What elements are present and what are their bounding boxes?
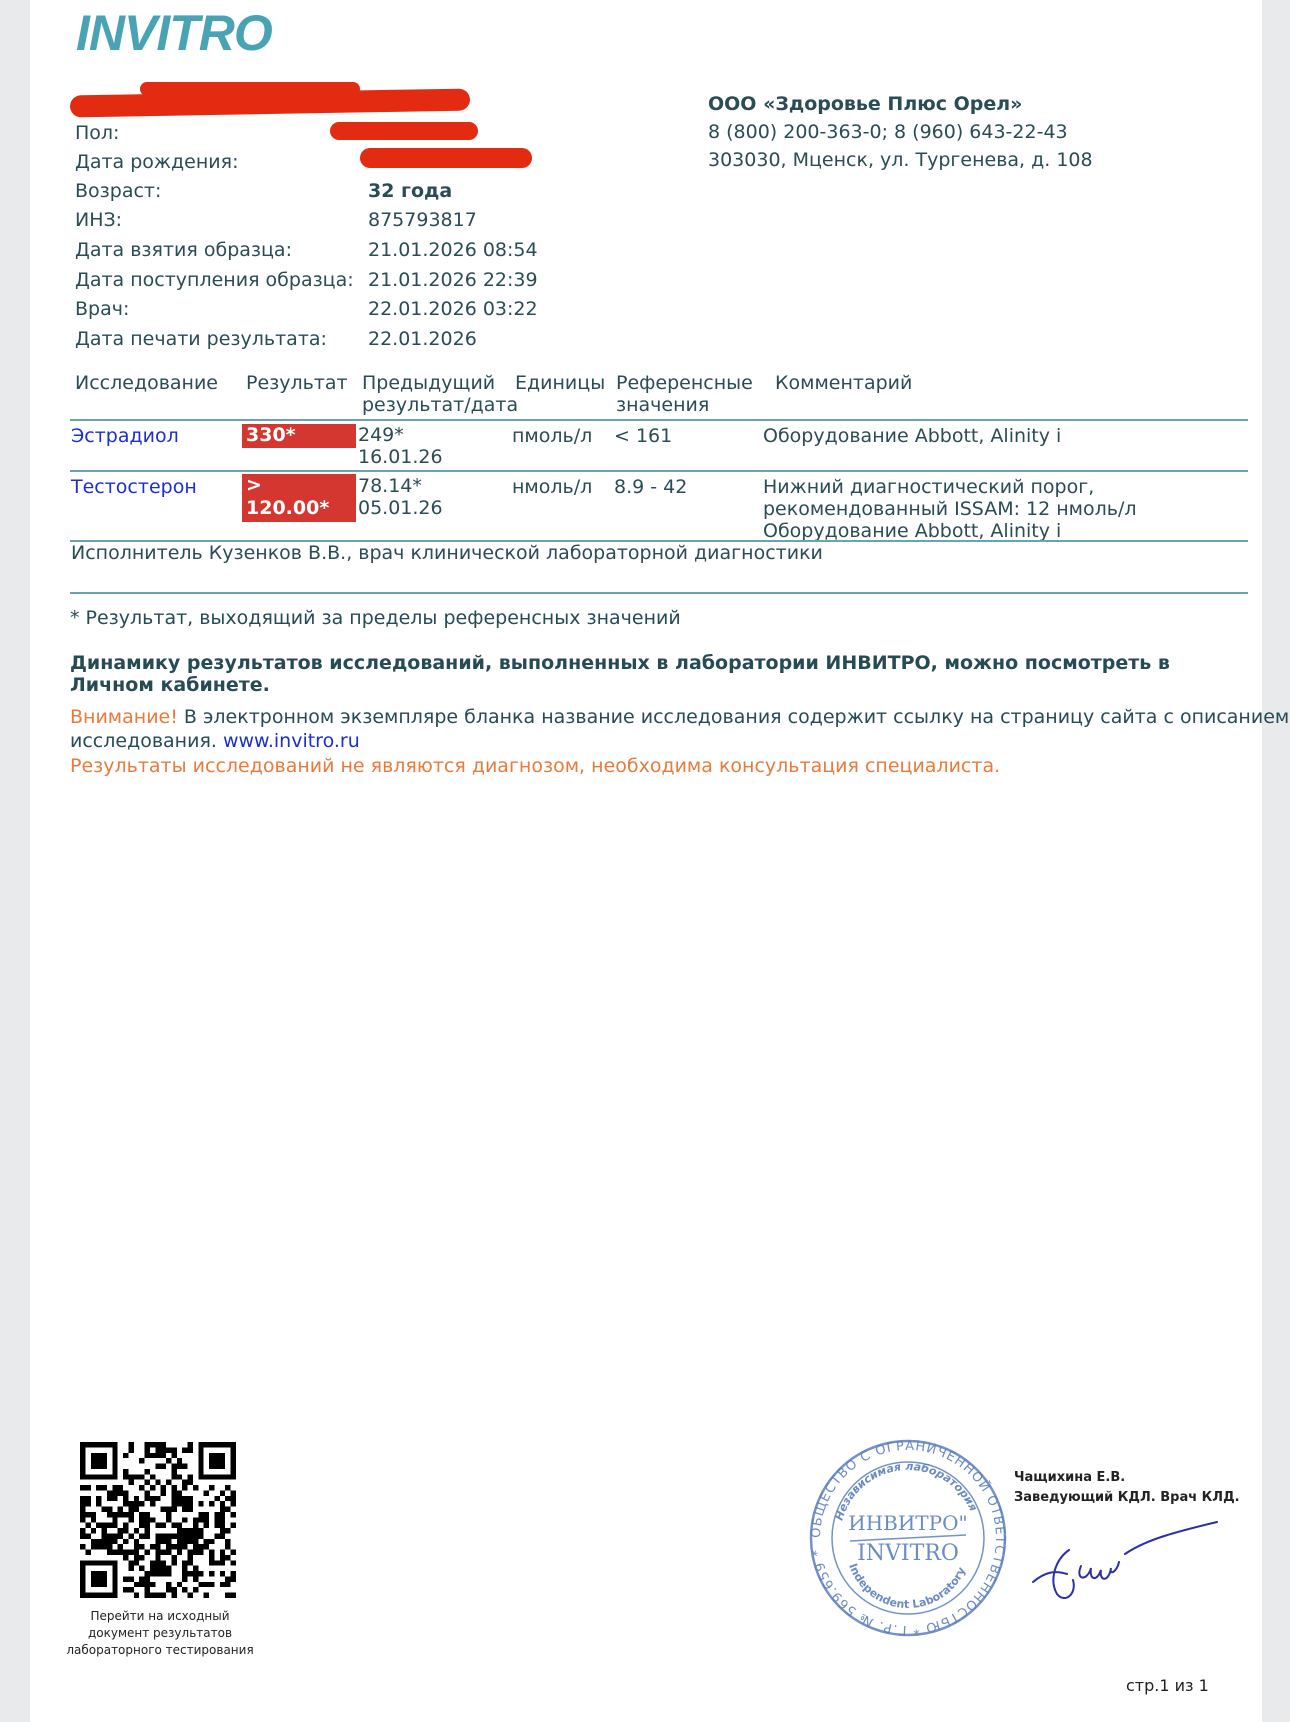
redaction-name-2 (140, 82, 360, 96)
redaction-dob (360, 148, 532, 168)
stamp-center-ru: ИНВИТРО" (848, 1511, 967, 1535)
age-label: Возраст: (75, 180, 161, 202)
attention-note-line2: исследования. www.invitro.ru (70, 730, 360, 752)
comment-line: рекомендованный ISSAM: 12 нмоль/л (763, 498, 1137, 520)
previous-date: 16.01.26 (358, 446, 443, 468)
invitro-logo: INVITRO (76, 4, 272, 62)
section-divider (70, 592, 1248, 594)
lab-report-page: INVITRO Пол: Дата рождения: Возраст: 32 … (30, 0, 1262, 1722)
comment: Оборудование Abbott, Alinity i (763, 425, 1061, 447)
disclaimer: Результаты исследований не являются диаг… (70, 755, 1000, 777)
previous-result: 249* 16.01.26 (358, 424, 443, 468)
col-previous-header-line1: Предыдущий (362, 372, 518, 394)
col-previous-header-line2: результат/дата (362, 394, 518, 416)
signer-title: Заведующий КДЛ. Врач КЛД. (1014, 1490, 1240, 1505)
inz-value: 875793817 (368, 209, 477, 231)
attention-text-2: исследования. (70, 730, 223, 752)
units: нмоль/л (512, 476, 592, 498)
result-value-line2: 120.00* (246, 497, 356, 520)
previous-date: 05.01.26 (358, 497, 443, 519)
col-result-header: Результат (246, 372, 348, 394)
col-previous-header: Предыдущий результат/дата (362, 372, 518, 416)
sample-taken-label: Дата взятия образца: (75, 239, 292, 261)
dynamics-note-line2: Личном кабинете. (70, 674, 270, 696)
performer: Исполнитель Кузенков В.В., врач клиничес… (71, 542, 823, 564)
comment: Нижний диагностический порог, рекомендов… (763, 476, 1137, 542)
col-comment-header: Комментарий (775, 372, 912, 394)
website-link[interactable]: www.invitro.ru (223, 730, 360, 752)
stamp-center-en: INVITRO (857, 1541, 959, 1566)
print-date-label: Дата печати результата: (75, 328, 327, 350)
inz-label: ИНЗ: (75, 209, 122, 231)
sample-received-label: Дата поступления образца: (75, 269, 354, 291)
attention-label: Внимание! (70, 706, 178, 728)
result-value: 330* (246, 424, 356, 447)
attention-text: В электронном экземпляре бланка название… (178, 706, 1289, 728)
reference-range: < 161 (614, 425, 672, 447)
doctor-value: 22.01.2026 03:22 (368, 298, 538, 320)
org-name: ООО «Здоровье Плюс Орел» (708, 93, 1022, 115)
test-name-link[interactable]: Эстрадиол (71, 425, 179, 447)
result-flag: 330* (242, 424, 356, 448)
sample-taken-value: 21.01.2026 08:54 (368, 239, 538, 261)
doctor-label: Врач: (75, 298, 129, 320)
qr-caption-line: лабораторного тестирования (60, 1642, 260, 1659)
sample-received-value: 21.01.2026 22:39 (368, 269, 538, 291)
org-phones: 8 (800) 200-363-0; 8 (960) 643-22-43 (708, 121, 1068, 143)
signer-name: Чащихина Е.В. (1014, 1470, 1125, 1485)
test-name-link[interactable]: Тестостерон (71, 476, 197, 498)
qr-caption-line: документ результатов (60, 1625, 260, 1642)
result-flag: > 120.00* (242, 474, 356, 522)
comment-line: Оборудование Abbott, Alinity i (763, 425, 1061, 447)
asterisk-note: * Результат, выходящий за пределы рефере… (70, 607, 681, 629)
table-divider (70, 419, 1248, 421)
signature-icon (1025, 1510, 1225, 1610)
col-reference-header-line2: значения (616, 394, 753, 416)
dynamics-note-line1: Динамику результатов исследований, выпол… (70, 652, 1170, 674)
previous-value: 249* (358, 424, 443, 446)
dob-label: Дата рождения: (75, 151, 238, 173)
units: пмоль/л (512, 425, 592, 447)
table-divider (70, 470, 1248, 472)
lab-stamp: ОБЩЕСТВО С ОГРАНИЧЕННОЙ ОТВЕТСТВЕННОСТЬЮ… (808, 1438, 1008, 1638)
qr-caption: Перейти на исходный документ результатов… (60, 1608, 260, 1659)
stamp-inner-bottom: Independent Laboratory (846, 1562, 968, 1611)
comment-line: Оборудование Abbott, Alinity i (763, 520, 1137, 542)
qr-code[interactable] (80, 1442, 236, 1598)
age-value: 32 года (368, 180, 452, 202)
col-test-header: Исследование (75, 372, 218, 394)
print-date-value: 22.01.2026 (368, 328, 477, 350)
result-value-line1: > (246, 474, 356, 497)
attention-note: Внимание! В электронном экземпляре бланк… (70, 706, 1289, 728)
col-units-header: Единицы (515, 372, 605, 394)
col-reference-header-line1: Референсные (616, 372, 753, 394)
comment-line: Нижний диагностический порог, (763, 476, 1137, 498)
org-address: 303030, Мценск, ул. Тургенева, д. 108 (708, 149, 1093, 171)
reference-range: 8.9 - 42 (614, 476, 687, 498)
previous-result: 78.14* 05.01.26 (358, 475, 443, 519)
sex-label: Пол: (75, 122, 119, 144)
col-reference-header: Референсные значения (616, 372, 753, 416)
redaction-sex (330, 122, 478, 140)
page-number: стр.1 из 1 (1126, 1676, 1209, 1695)
previous-value: 78.14* (358, 475, 443, 497)
svg-text:Independent Laboratory: Independent Laboratory (846, 1562, 968, 1611)
qr-caption-line: Перейти на исходный (60, 1608, 260, 1625)
